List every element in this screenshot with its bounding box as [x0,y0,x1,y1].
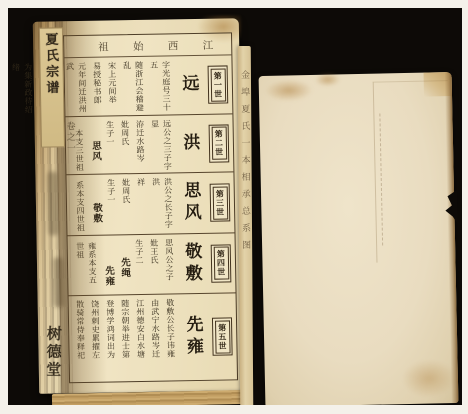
ancestor-name: 先雍 [176,295,211,379]
generation-label-box: 第三世 [210,183,231,221]
generation-label: 第三世 [212,186,228,219]
biography-note: 生子二 [133,239,146,293]
left-page: 夏氏宗谱 卷之一 树德堂 祖 始 西 江 第一世 远 字光庭号三十五 随浙江会稽… [33,18,245,394]
biography-note: 生子一 [104,121,117,173]
generation-row: 第二世 洪 远公之三子字显 洊迁水路岑 妣周氏 生子一 思风 本支三世祖 [65,115,233,175]
child-name: 先雍 [101,266,114,294]
chart-header: 祖 始 西 江 [64,33,231,58]
biography-note: 易授秘书郎 [90,62,103,116]
biography-note: 随宗朝举进士第 [119,300,132,381]
header-char: 江 [203,37,214,52]
gutter-page-strip: 金埠夏氏一本相承总系图 [238,46,254,405]
generation-row: 第一世 远 字光庭号三十五 随浙江会稽避乱 宋上元间举 易授秘书郎 元年间迁洪州… [64,55,232,117]
biography-notes: 远公之三子字显 洊迁水路岑 妣周氏 生子一 思风 本支三世祖 [65,117,173,173]
book-photo: 夏氏宗谱 卷之一 树德堂 祖 始 西 江 第一世 远 字光庭号三十五 随浙江会稽… [8,8,462,405]
biography-notes: 洪公之长子字洪 祥 妣周氏 生子一 敬敷 系本支四世祖 [66,174,174,234]
biography-note: 宋上元间举 [105,61,118,115]
biography-note: 饶州剌史累擢左 [89,300,102,381]
biography-note: 洪公之长子字洪 [150,177,175,233]
chart-title-column: 金埠夏氏一本相承总系图 [239,70,253,257]
spine-smudge [53,257,64,307]
biography-notes: 思风公之子 妣王氏 生子二 先绳 先雍 雍系本支五世祖 [68,235,176,294]
child-name: 敬敷 [89,203,103,234]
header-char: 始 [133,38,144,53]
generation-label: 第二世 [211,127,227,160]
generation-row: 第五世 先雍 敬敷公长子讳雍 由武宁水路岑迁 江州德安白水塘 随宗朝举进士第 登… [69,294,237,383]
volume-label: 卷之一 [65,121,79,154]
ancestor-name: 洪 [172,116,207,171]
paper-stain [402,359,457,398]
spine-title-slip: 夏氏宗谱 [39,27,65,147]
paper-stain [265,79,313,102]
biography-note: 妣周氏 [120,178,133,233]
right-page [259,72,459,405]
generation-row: 第三世 思风 洪公之长子字洪 祥 妣周氏 生子一 敬敷 系本支四世祖 [66,172,234,236]
generation-label: 第五世 [215,320,231,353]
biography-note: 妣周氏 [119,120,132,172]
biography-note: 随浙江会稽避乱 [120,61,145,115]
lineage-chart: 祖 始 西 江 第一世 远 字光庭号三十五 随浙江会稽避乱 宋上元间举 易授秘书… [63,32,238,383]
child-name: 思风 [88,141,102,173]
spine-smudge [47,171,58,235]
biography-note: 妣王氏 [148,239,161,293]
biography-notes: 敬敷公长子讳雍 由武宁水路岑迁 江州德安白水塘 随宗朝举进士第 登博学鸿词出为 … [69,296,177,381]
ancestor-name: 敬敷 [175,235,210,293]
generation-row: 第四世 敬敷 思风公之子 妣王氏 生子二 先绳 先雍 雍系本支五世祖 [68,233,236,296]
generation-label-box: 第一世 [208,66,229,104]
generation-label-box: 第五世 [212,318,233,356]
biography-note: 思风公之子 [163,238,176,292]
branch-remark: 系本支四世祖 [74,181,87,234]
biography-note: 为集新政待绍绪 [9,63,34,117]
child-name: 先绳 [117,257,131,293]
biography-note: 洊迁水路岑 [134,120,147,172]
ancestor-name: 远 [171,57,206,114]
book-title: 夏氏宗谱 [41,32,61,96]
bleedthrough-grid [373,80,452,263]
header-char: 西 [168,38,179,53]
biography-note: 由武宁水路岑迁 [149,299,162,380]
generation-label: 第四世 [213,247,229,280]
biography-note: 登博学鸿词出为 [104,300,117,381]
biography-note: 元年间迁洪州武 [63,62,88,116]
biography-note: 生子一 [105,178,118,233]
generation-label-box: 第四世 [211,244,232,282]
hall-stamp: 树德堂 [42,325,64,379]
paper-stain [315,72,341,87]
biography-note: 远公之三子字显 [149,120,174,172]
biography-note: 散骑常侍奉释祀 [74,300,87,381]
biography-note: 祥 [135,178,148,233]
branch-remark: 雍系本支五世祖 [74,242,99,292]
biography-note: 字光庭号三十五 [147,60,172,114]
generation-label-box: 第二世 [209,124,230,162]
ancestor-name: 思风 [173,174,208,233]
generation-label: 第一世 [210,68,226,101]
biography-note: 江州德安白水塘 [134,299,147,380]
biography-notes: 字光庭号三十五 随浙江会稽避乱 宋上元间举 易授秘书郎 元年间迁洪州武 宁县永泰… [64,57,172,115]
header-char: 祖 [98,39,109,54]
